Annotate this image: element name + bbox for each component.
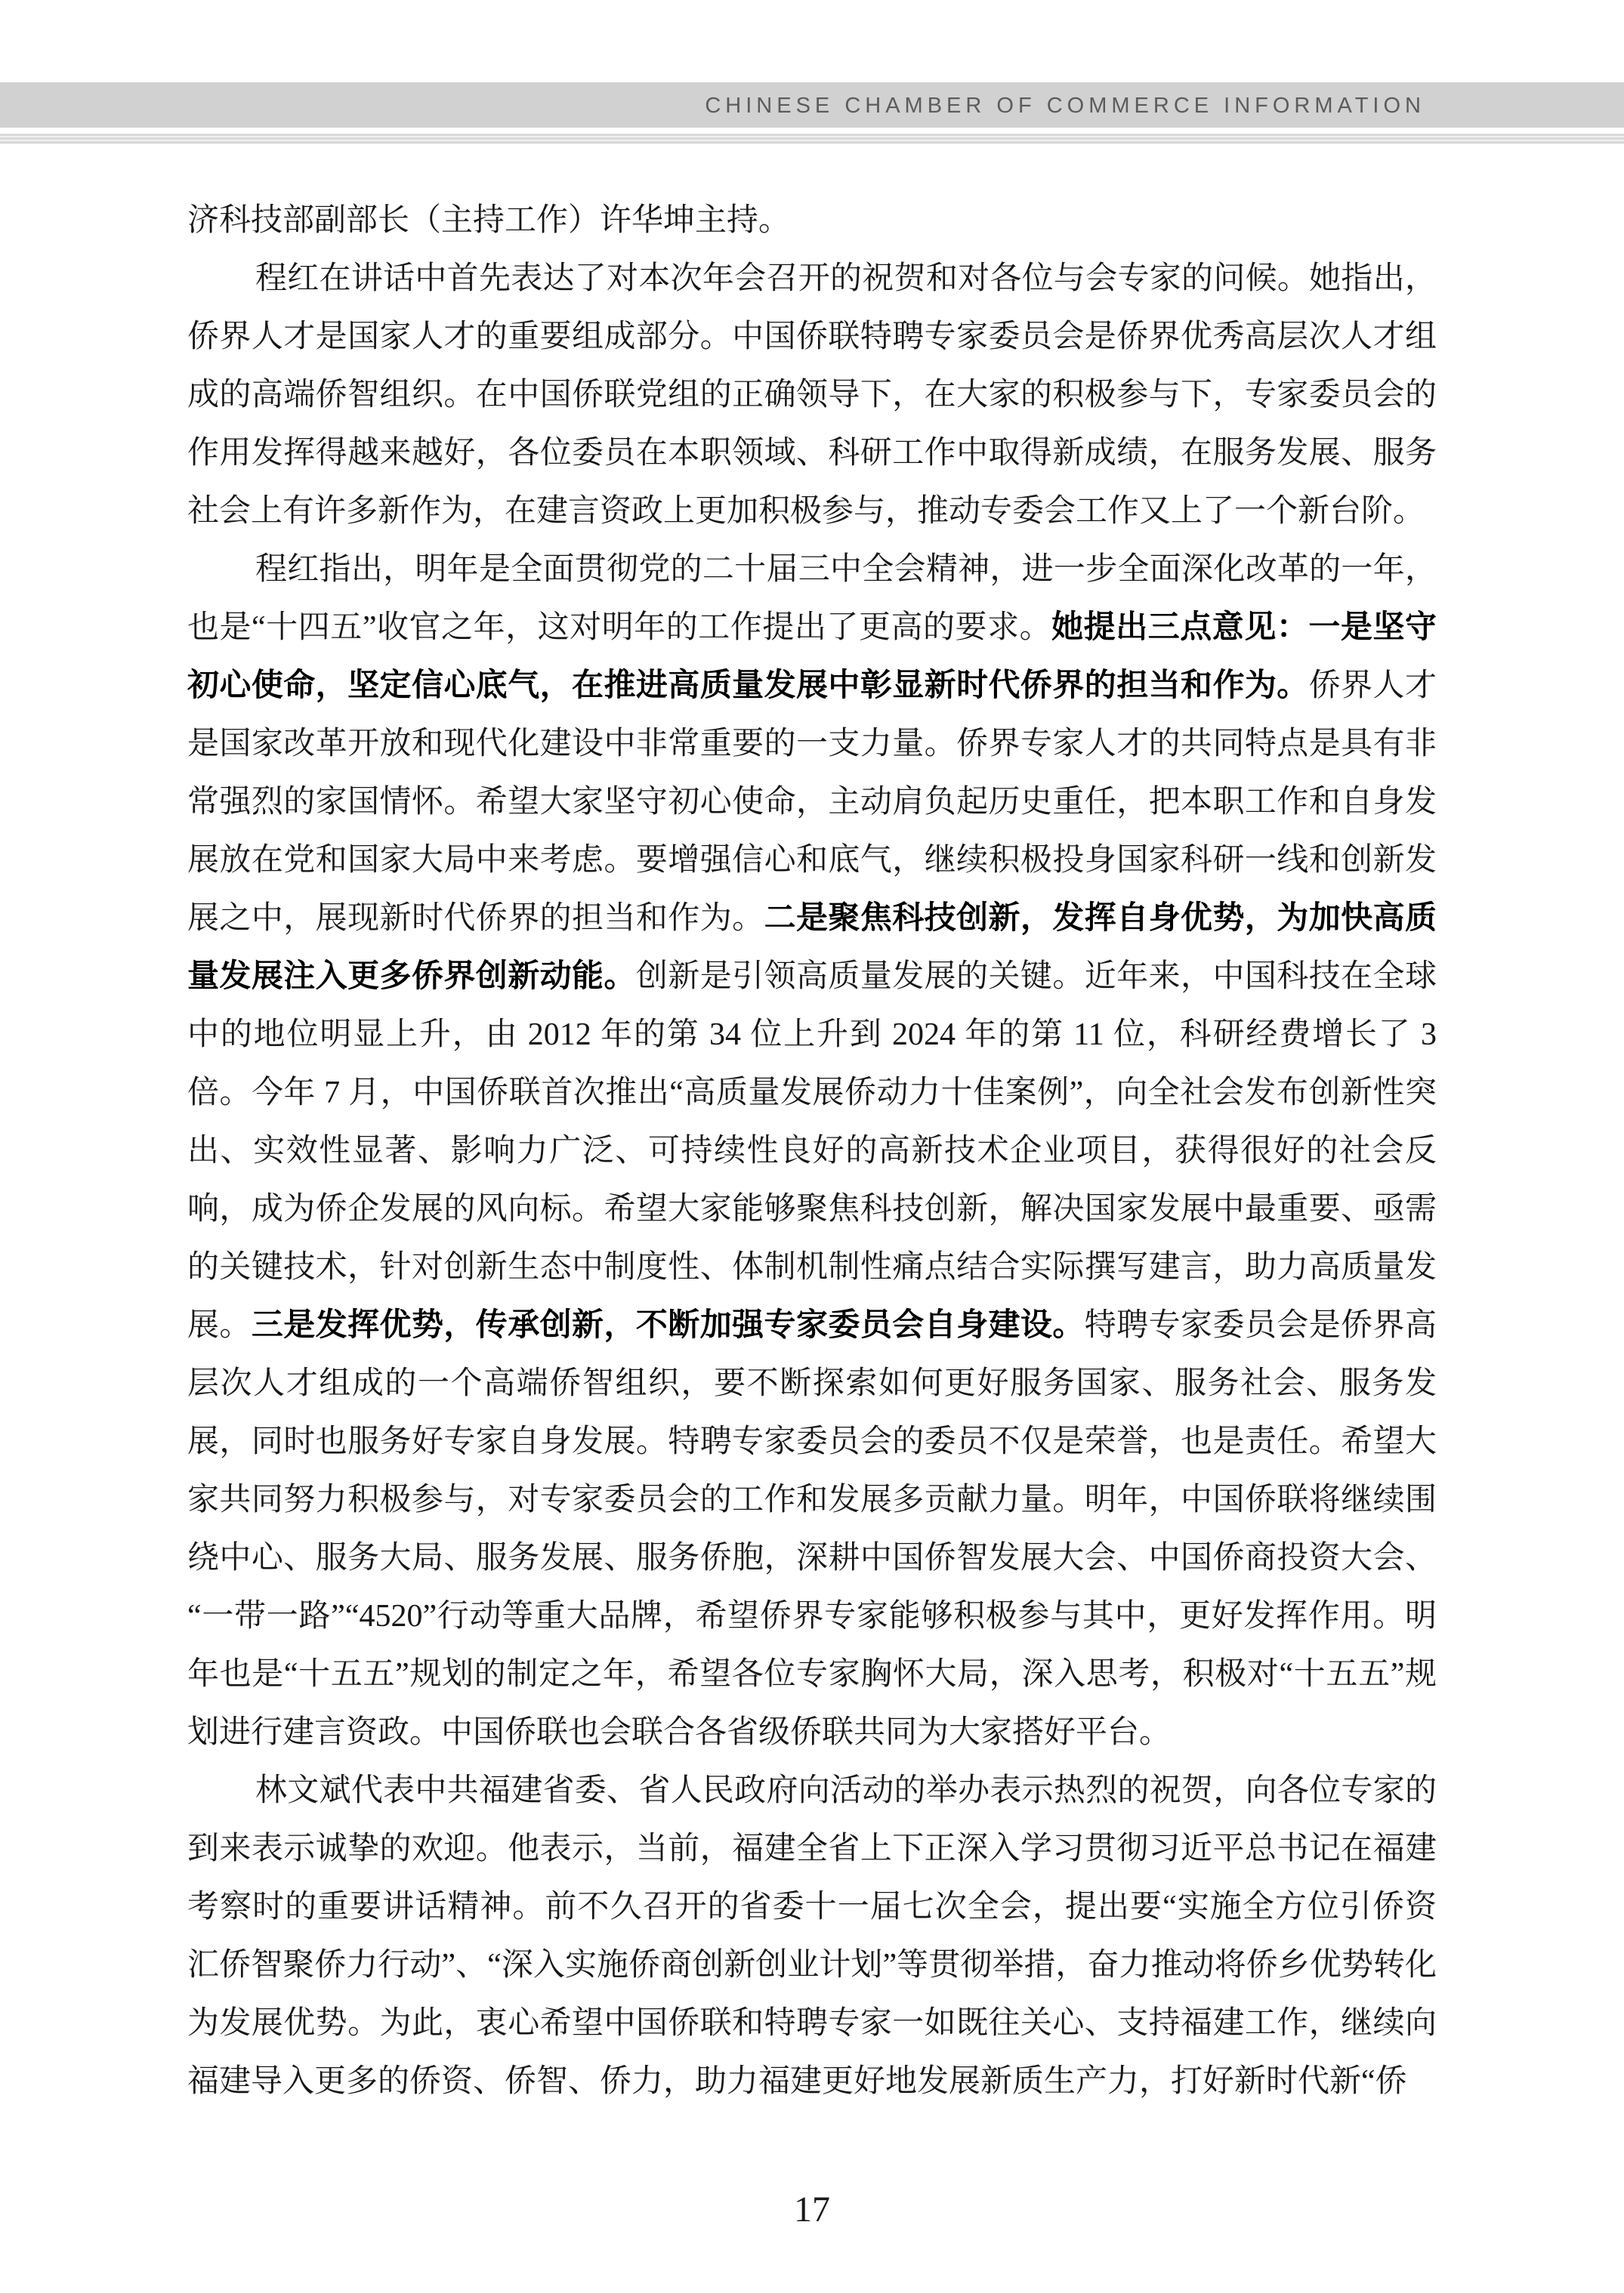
text-run: 创新是引领高质量发展的关键。近年来，中国科技在全球中的地位明显上升，由 2012…: [187, 959, 1437, 1343]
page-number: 17: [0, 2189, 1624, 2230]
paragraph: 程红指出，明年是全面贯彻党的二十届三中全会精神，进一步全面深化改革的一年，也是“…: [187, 541, 1437, 1762]
article-body: 济科技部副部长（主持工作）许华坤主持。程红在讲话中首先表达了对本次年会召开的祝贺…: [187, 192, 1437, 2111]
document-page: CHINESE CHAMBER OF COMMERCE INFORMATION …: [0, 0, 1624, 2293]
text-run: 特聘专家委员会是侨界高层次人才组成的一个高端侨智组织，要不断探索如何更好服务国家…: [187, 1308, 1437, 1750]
text-run: 济科技部副部长（主持工作）许华坤主持。: [187, 203, 790, 238]
paragraph: 林文斌代表中共福建省委、省人民政府向活动的举办表示热烈的祝贺，向各位专家的到来表…: [187, 1762, 1437, 2111]
header-bar: CHINESE CHAMBER OF COMMERCE INFORMATION: [0, 82, 1624, 128]
text-run: 侨界人才是国家改革开放和现代化建设中非常重要的一支力量。侨界专家人才的共同特点是…: [187, 668, 1437, 936]
header-title: CHINESE CHAMBER OF COMMERCE INFORMATION: [705, 82, 1425, 128]
header-divider: [0, 134, 1624, 144]
text-run: 程红在讲话中首先表达了对本次年会召开的祝贺和对各位与会专家的问候。她指出，侨界人…: [187, 261, 1437, 529]
paragraph: 程红在讲话中首先表达了对本次年会召开的祝贺和对各位与会专家的问候。她指出，侨界人…: [187, 250, 1437, 541]
text-run: 林文斌代表中共福建省委、省人民政府向活动的举办表示热烈的祝贺，向各位专家的到来表…: [187, 1773, 1437, 2099]
bold-text-run: 三是发挥优势，传承创新，不断加强专家委员会自身建设。: [252, 1308, 1085, 1343]
paragraph: 济科技部副部长（主持工作）许华坤主持。: [187, 192, 1437, 250]
